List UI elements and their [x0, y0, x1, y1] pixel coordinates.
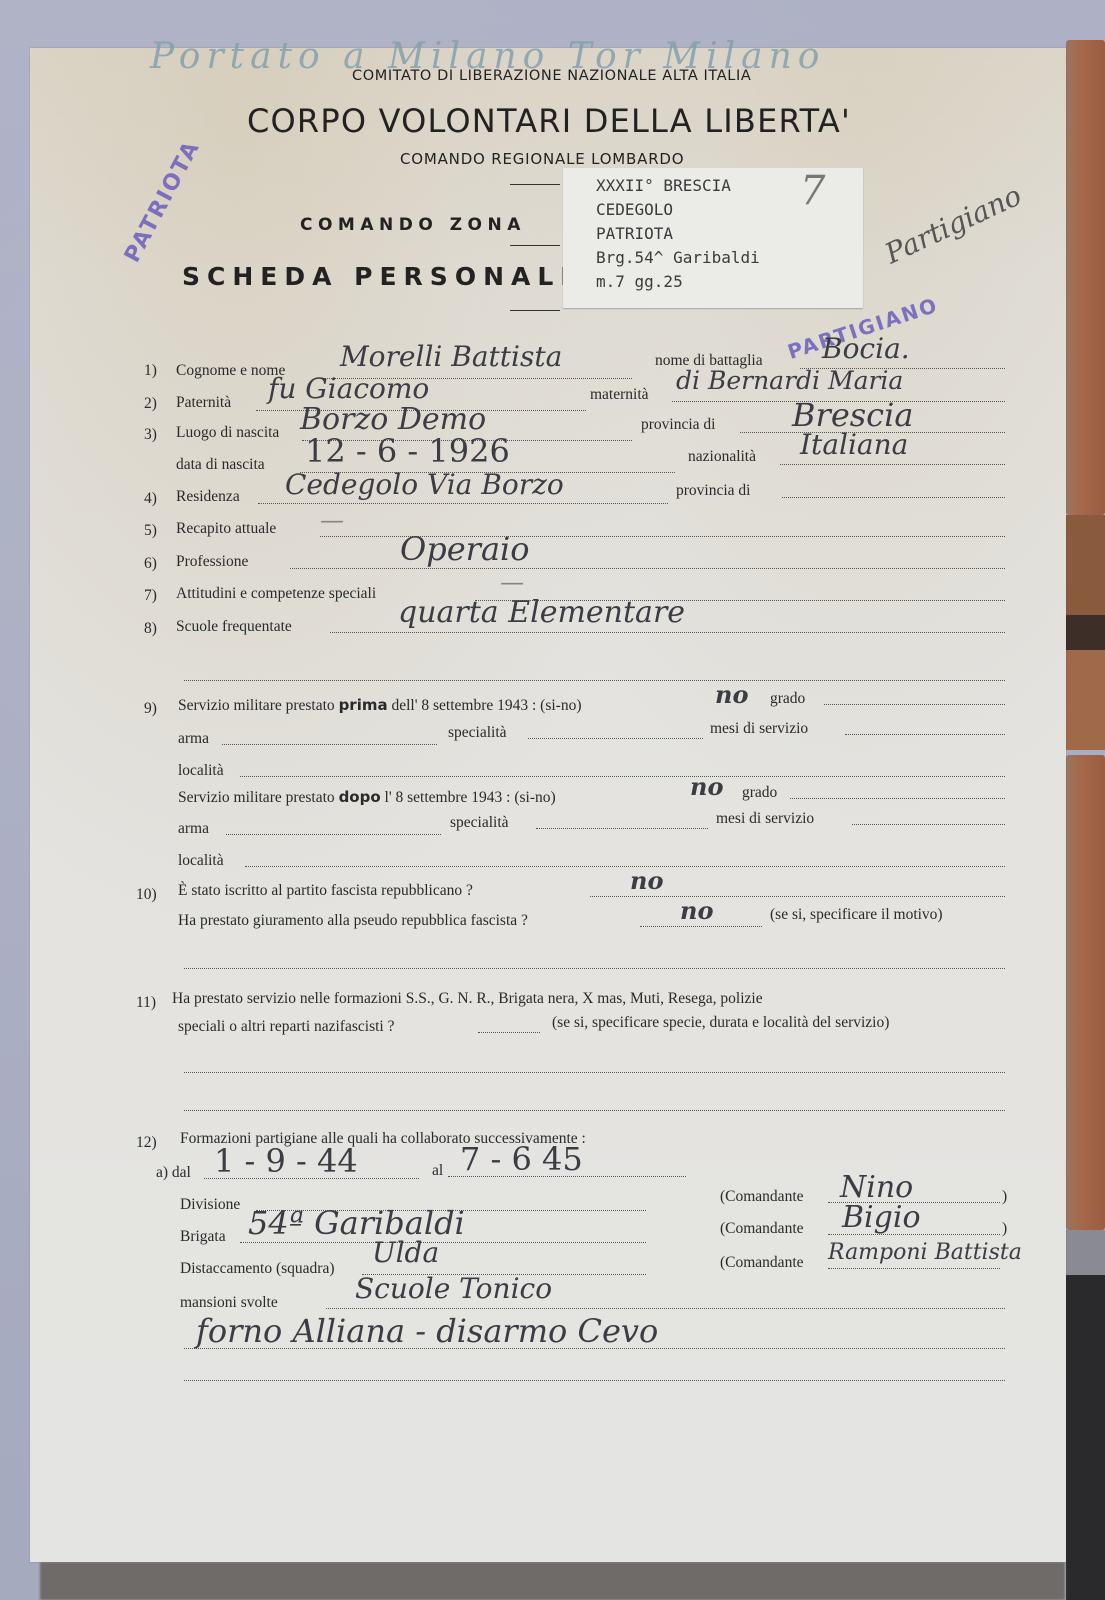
grado-label: grado	[770, 690, 805, 708]
corps-title: CORPO VOLONTARI DELLA LIBERTA'	[247, 102, 851, 140]
field-number: 3)	[144, 426, 157, 444]
slip-line: m.7 gg.25	[596, 270, 863, 294]
division-label: Divisione	[180, 1196, 240, 1214]
to-date[interactable]: 7 - 6 45	[460, 1140, 583, 1178]
residence-label: Residenza	[176, 488, 240, 506]
grado-field[interactable]	[824, 704, 1005, 705]
residence-value[interactable]: Cedegolo Via Borzo	[285, 468, 564, 501]
dotted-line	[258, 503, 668, 504]
service-before-value[interactable]: no	[715, 680, 748, 709]
to-label: al	[432, 1162, 443, 1180]
dotted-line	[290, 568, 1005, 569]
arma-field[interactable]	[222, 744, 437, 745]
brigade-label: Brigata	[180, 1228, 226, 1246]
dotted-line	[240, 1242, 646, 1243]
surname-value[interactable]: Morelli Battista	[340, 340, 562, 373]
detachment-label: Distaccamento (squadra)	[180, 1260, 335, 1278]
regional-command: COMANDO REGIONALE LOMBARDO	[400, 150, 684, 168]
service-after-text: Servizio militare prestato	[178, 789, 335, 806]
committee-header: COMITATO DI LIBERAZIONE NAZIONALE ALTA I…	[352, 68, 751, 84]
residence-province-label: provincia di	[676, 482, 750, 500]
dotted-line	[590, 896, 1005, 897]
close-paren: )	[1002, 1188, 1007, 1206]
detachment-value[interactable]: Ulda	[372, 1236, 439, 1269]
field-number: 2)	[144, 395, 157, 413]
dopo-label: dopo	[339, 788, 381, 806]
divider	[510, 245, 560, 246]
field-number: 12)	[136, 1134, 157, 1152]
skills-label: Attitudini e competenze speciali	[176, 585, 376, 603]
service-before-question: Servizio militare prestato prima dell' 8…	[178, 696, 582, 715]
arma-label: arma	[178, 730, 209, 748]
schools-label: Scuole frequentate	[176, 618, 292, 636]
field-number: 8)	[144, 620, 157, 638]
field-number: 1)	[144, 362, 157, 380]
fascist-party-question: È stato iscritto al partito fascista rep…	[178, 882, 473, 900]
birthdate-label: data di nascita	[176, 456, 265, 474]
detachment-commander[interactable]: Ramponi Battista	[828, 1240, 1022, 1265]
dotted-line	[828, 1268, 1000, 1269]
close-paren: )	[1002, 1220, 1007, 1238]
from-label: a) dal	[156, 1164, 191, 1182]
field-number: 7)	[144, 587, 157, 605]
dotted-line	[184, 968, 1005, 969]
specialita-field[interactable]	[536, 828, 708, 829]
field-number: 5)	[144, 522, 157, 540]
field-number: 6)	[144, 555, 157, 573]
commander-label: (Comandante	[720, 1220, 804, 1238]
duties-label: mansioni svolte	[180, 1294, 278, 1312]
skills-value[interactable]: —	[500, 568, 524, 596]
oath-answer[interactable]: no	[680, 896, 713, 925]
dotted-line	[184, 1072, 1005, 1073]
dotted-line	[640, 926, 762, 927]
grado-label: grado	[742, 784, 777, 802]
fascist-party-answer[interactable]: no	[630, 866, 663, 895]
localita-label: località	[178, 852, 224, 870]
localita-label: località	[178, 762, 224, 780]
address-label: Recapito attuale	[176, 520, 276, 538]
service-before-text: Servizio militare prestato	[178, 697, 335, 714]
zone-command: COMANDO ZONA	[300, 215, 526, 235]
divider	[510, 310, 560, 311]
province-label: provincia di	[641, 416, 715, 434]
specialita-field[interactable]	[528, 738, 703, 739]
nazi-service-question-2: speciali o altri reparti nazifascisti ?	[178, 1018, 394, 1036]
specialita-label: specialità	[450, 814, 509, 832]
service-before-date: dell' 8 settembre 1943 : (si-no)	[391, 697, 581, 714]
service-after-date: l' 8 settembre 1943 : (si-no)	[385, 789, 556, 806]
prima-label: prima	[339, 696, 388, 714]
nationality-value[interactable]: Italiana	[800, 428, 908, 461]
specialita-label: specialità	[448, 724, 507, 742]
dotted-line	[184, 1380, 1005, 1381]
mesi-label: mesi di servizio	[710, 720, 808, 738]
from-date[interactable]: 1 - 9 - 44	[214, 1142, 358, 1180]
field-number: 11)	[136, 994, 156, 1012]
battle-name-value[interactable]: Bocia.	[822, 332, 910, 365]
paternity-value[interactable]: fu Giacomo	[268, 372, 429, 405]
birthdate-value[interactable]: 12 - 6 - 1926	[305, 432, 510, 470]
page-shadow	[40, 1562, 1065, 1600]
schools-value[interactable]: quarta Elementare	[398, 595, 685, 630]
commander-label: (Comandante	[720, 1254, 804, 1272]
oath-question: Ha prestato giuramento alla pseudo repub…	[178, 912, 528, 930]
dotted-line	[184, 680, 1005, 681]
commander-label: (Comandante	[720, 1188, 804, 1206]
divider	[510, 184, 560, 185]
arma-label: arma	[178, 820, 209, 838]
binder-edge	[1066, 40, 1105, 1600]
profession-value[interactable]: Operaio	[400, 530, 530, 568]
slip-pencil-mark: 7	[800, 168, 825, 214]
profession-label: Professione	[176, 553, 248, 571]
dotted-line	[780, 464, 1005, 465]
field-number: 9)	[144, 700, 157, 718]
nationality-label: nazionalità	[688, 448, 756, 466]
residence-province-field[interactable]	[782, 497, 1005, 498]
duties-value-1[interactable]: Scuole Tonico	[355, 1272, 552, 1305]
slip-line: PATRIOTA	[596, 222, 863, 246]
dotted-line	[184, 1110, 1005, 1111]
duties-value-2[interactable]: forno Alliana - disarmo Cevo	[196, 1312, 658, 1350]
maternity-value[interactable]: di Bernardi Maria	[676, 366, 903, 395]
paternity-label: Paternità	[176, 394, 231, 412]
grado-field[interactable]	[790, 798, 1005, 799]
field-number: 4)	[144, 490, 157, 508]
brigade-commander[interactable]: Bigio	[842, 1200, 921, 1235]
mesi-label: mesi di servizio	[716, 810, 814, 828]
service-after-question: Servizio militare prestato dopo l' 8 set…	[178, 788, 556, 807]
dotted-line	[326, 1308, 1005, 1309]
form-title: SCHEDA PERSONALE	[182, 262, 584, 291]
nazi-service-answer[interactable]	[478, 1032, 540, 1033]
service-after-value[interactable]: no	[690, 772, 723, 801]
field-number: 10)	[136, 886, 157, 904]
mesi-field[interactable]	[852, 824, 1005, 825]
nazi-service-question: Ha prestato servizio nelle formazioni S.…	[172, 990, 763, 1008]
address-value[interactable]: —	[320, 506, 344, 534]
localita-field[interactable]	[245, 866, 1005, 867]
nazi-service-note: (se si, specificare specie, durata e loc…	[552, 1014, 889, 1032]
oath-note: (se si, specificare il motivo)	[770, 906, 943, 924]
mesi-field[interactable]	[845, 734, 1005, 735]
dotted-line	[330, 632, 1005, 633]
slip-line: Brg.54^ Garibaldi	[596, 246, 863, 270]
birthplace-label: Luogo di nascita	[176, 424, 279, 442]
localita-field[interactable]	[240, 776, 1005, 777]
arma-field[interactable]	[226, 834, 441, 835]
maternity-label: maternità	[590, 386, 649, 404]
